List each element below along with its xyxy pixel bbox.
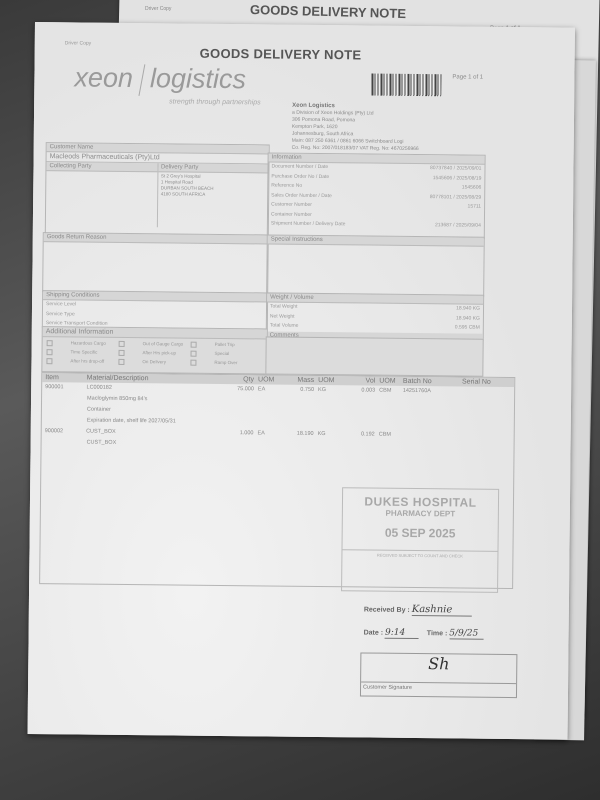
checkbox[interactable]: [47, 340, 53, 346]
additional-option: Ramp Over: [190, 358, 262, 368]
additional-option-row: After hrs drop-offOn DeliveryRamp Over: [46, 356, 262, 367]
information-rows: Document Number / Date80737840 / 2025/09…: [268, 162, 485, 231]
special-instructions-section: Special Instructions: [266, 234, 485, 296]
info-value: 80737840 / 2025/09/01: [430, 165, 482, 173]
items-body: 900001LC00018275.000EA0.750KG0.003CBM142…: [42, 382, 515, 453]
time-value: 5/9/25: [449, 628, 483, 639]
company-logo: xeonlogistics: [74, 62, 246, 97]
table-cell: 900001: [45, 383, 86, 392]
stamp-line-2: PHARMACY DEPT: [343, 508, 498, 519]
company-lines: a Division of Xeon Holdings (Pty) Ltd306…: [292, 110, 419, 153]
column-header: Item: [45, 374, 86, 381]
column-header: Serial No: [462, 378, 511, 386]
additional-options: Hazardous CargoOut of Gauge CargoPallet …: [42, 337, 266, 368]
checkbox[interactable]: [47, 349, 53, 355]
checkbox[interactable]: [118, 359, 124, 365]
checkbox[interactable]: [46, 358, 52, 364]
description-text: CUST_BOX: [87, 439, 117, 448]
column-header: UOM: [375, 378, 403, 385]
table-cell: CUST_BOX: [86, 428, 204, 438]
spacer: [45, 438, 87, 447]
company-tagline: strength through partnerships: [169, 98, 261, 106]
company-address-line: Co. Reg. No: 2007/018183/07 VAT Reg. No:…: [292, 145, 419, 153]
barcode-icon: [371, 74, 441, 97]
info-label: Customer Number: [271, 201, 312, 209]
table-cell: 14251760A: [403, 387, 462, 397]
table-cell: 0.003: [342, 386, 376, 395]
additional-option: After hrs drop-off: [46, 356, 118, 366]
weight-volume-section: Weight / Volume Total Weight18.940 KGNet…: [266, 292, 484, 340]
information-row: Shipment Number / Delivery Date213687 / …: [268, 219, 484, 231]
comments-area: [265, 336, 483, 376]
table-cell: 18.190: [279, 430, 314, 439]
information-section: Information Document Number / Date807378…: [267, 152, 486, 238]
info-label: Document Number / Date: [271, 163, 328, 171]
received-by-value: Kashnie: [412, 604, 472, 617]
column-header: Qty: [205, 376, 254, 384]
info-value: 213687 / 2025/09/04: [435, 222, 481, 230]
weight-volume-rows: Total Weight18.940 KGNet Weight18.940 KG…: [267, 302, 483, 333]
delivery-party-address: St 2 Grey's Hospital1 Hospital RoadDURBA…: [158, 172, 269, 199]
customer-signature-box: Sh Customer Signature: [360, 652, 517, 698]
info-value: 80778101 / 2025/08/29: [430, 194, 482, 202]
back-page-label: Driver Copy: [145, 6, 171, 12]
logo-right: logistics: [150, 63, 246, 94]
received-stamp: DUKES HOSPITAL PHARMACY DEPT 05 SEP 2025…: [341, 487, 499, 593]
column-header: UOM: [254, 376, 280, 383]
info-label: Sales Order Number / Date: [271, 192, 332, 200]
received-by-block: Received By : Kashnie Date : 9:14 Time :…: [364, 603, 484, 639]
goods-return-section: Goods Return Reason: [42, 232, 269, 294]
checkbox[interactable]: [190, 359, 196, 365]
spacer: [45, 394, 87, 403]
table-cell: CBM: [375, 387, 403, 396]
info-label: Container Number: [271, 211, 312, 219]
date-label: Date :: [364, 629, 384, 636]
table-cell: 0.750: [280, 386, 315, 395]
company-address: Xeon Logistics a Division of Xeon Holdin…: [292, 103, 420, 153]
table-cell: [461, 431, 510, 441]
column-header: Material/Description: [87, 375, 205, 383]
copy-label: Driver Copy: [65, 40, 91, 46]
table-cell: [402, 431, 461, 441]
description-text: Container: [87, 406, 111, 415]
table-cell: KG: [314, 430, 342, 439]
column-header: Batch No: [403, 378, 462, 386]
description-text: Expiration date, shelf life 2027/05/31: [87, 417, 176, 427]
spacer: [45, 416, 87, 425]
logo-left: xeon: [74, 62, 133, 93]
weight-label: Total Weight: [270, 303, 297, 311]
collecting-party-label: Collecting Party: [46, 162, 157, 172]
weight-label: Total Volume: [270, 322, 299, 330]
checkbox[interactable]: [119, 350, 125, 356]
stamp-date: 05 SEP 2025: [343, 525, 498, 541]
info-value: 1545606 / 2025/08/19: [433, 175, 482, 183]
table-cell: 75.000: [205, 385, 254, 395]
weight-value: 18.940 KG: [456, 315, 480, 323]
info-label: Shipment Number / Delivery Date: [271, 220, 346, 228]
table-cell: EA: [253, 429, 279, 438]
goods-return-label: Goods Return Reason: [44, 233, 268, 244]
info-label: Reference No: [271, 182, 302, 190]
info-label: Purchase Order No / Date: [271, 173, 329, 181]
info-value: 15711: [467, 204, 481, 212]
shipping-section: Shipping Conditions Service LevelService…: [42, 290, 268, 330]
table-cell: EA: [254, 385, 280, 394]
page-number: Page 1 of 1: [452, 74, 483, 80]
column-header: UOM: [314, 377, 342, 384]
weight-value: 18.940 KG: [456, 305, 480, 313]
logo-divider: [138, 64, 145, 96]
additional-info-section: Additional Information Hazardous CargoOu…: [41, 326, 267, 374]
info-value: 1545606: [462, 184, 482, 192]
table-cell: LC000182: [86, 384, 204, 394]
checkbox[interactable]: [191, 341, 197, 347]
spacer: [45, 405, 87, 414]
received-by-label: Received By :: [364, 606, 410, 613]
column-header: Vol: [342, 377, 376, 384]
table-cell: 0.192: [341, 430, 375, 439]
weight-value: 0.595 CBM: [455, 324, 480, 332]
special-instructions-label: Special Instructions: [268, 235, 484, 246]
checkbox[interactable]: [191, 350, 197, 356]
delivery-address-line: 4180 SOUTH AFRICA: [161, 191, 266, 198]
signature-label: Customer Signature: [361, 682, 516, 694]
date-value: 9:14: [385, 628, 419, 639]
customer-section: Customer Name Macleods Pharmaceuticals (…: [45, 142, 270, 236]
additional-option: On Delivery: [118, 357, 190, 367]
time-label: Time :: [427, 630, 448, 637]
stamp-line-4: RECEIVED SUBJECT TO COUNT AND CHECK: [342, 549, 497, 559]
delivery-note-sheet: Driver Copy GOODS DELIVERY NOTE xeonlogi…: [28, 22, 575, 740]
customer-signature: Sh: [361, 653, 516, 684]
table-cell: [462, 387, 511, 397]
document-title: GOODS DELIVERY NOTE: [200, 46, 362, 63]
column-header: Mass: [280, 377, 315, 384]
table-cell: 900002: [45, 427, 86, 436]
table-cell: CBM: [375, 431, 403, 440]
weight-label: Net Weight: [270, 313, 295, 321]
table-cell: KG: [314, 386, 342, 395]
table-cell: 1.000: [204, 429, 253, 439]
stamp-line-1: DUKES HOSPITAL: [343, 494, 498, 510]
description-text: Macloglymin 850mg 84's: [87, 395, 147, 405]
checkbox[interactable]: [119, 341, 125, 347]
